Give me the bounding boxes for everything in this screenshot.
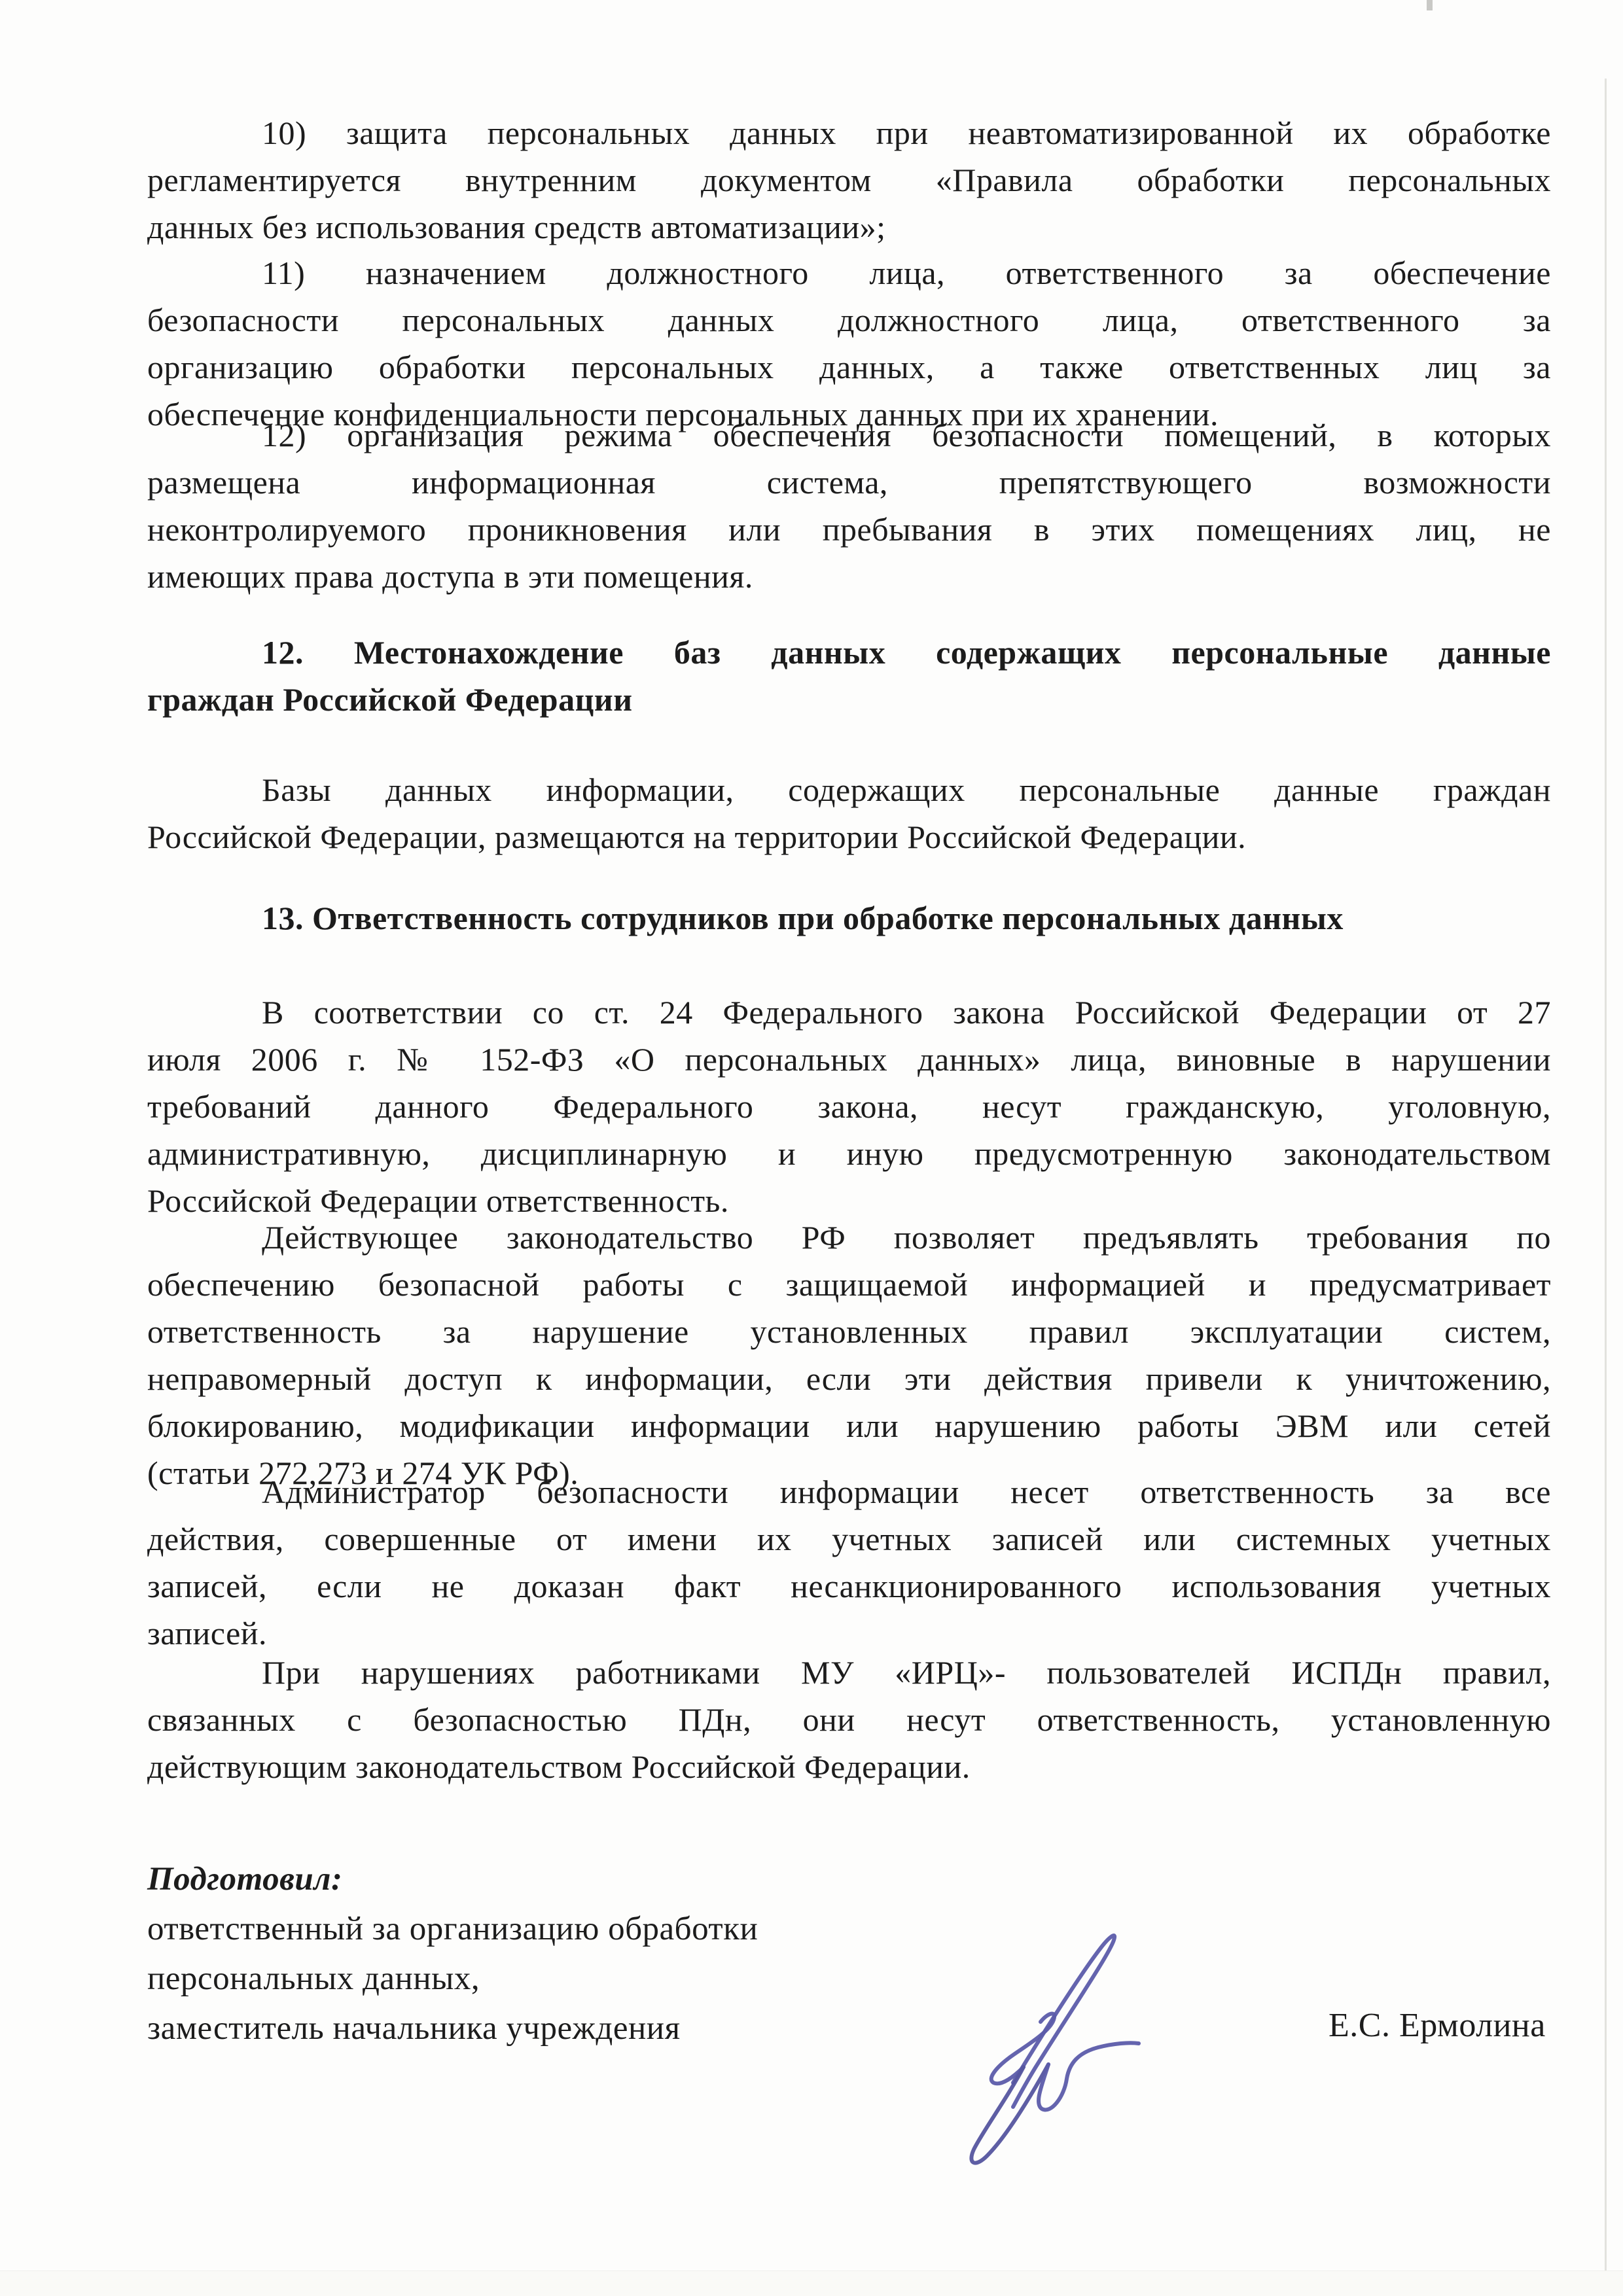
text-line: безопасности персональных данных должнос… [147, 296, 1551, 344]
text-line: блокированию, модификации информации или… [147, 1402, 1551, 1449]
text-line: Администратор безопасности информации не… [147, 1468, 1551, 1515]
scanned-document-page: 10) защита персональных данных при неавт… [0, 0, 1623, 2296]
text-line: требований данного Федерального закона, … [147, 1083, 1551, 1130]
text-line: 11) назначением должностного лица, ответ… [147, 249, 1551, 296]
text-line: При нарушениях работниками МУ «ИРЦ»- пол… [147, 1649, 1551, 1696]
text-line: 12) организация режима обеспечения безоп… [147, 412, 1551, 459]
text-line: Действующее законодательство РФ позволяе… [147, 1214, 1551, 1261]
text-line: связанных с безопасностью ПДн, они несут… [147, 1696, 1551, 1743]
text-line: размещена информационная система, препят… [147, 459, 1551, 506]
prepared-by-label: Подготовил: [147, 1854, 867, 1904]
text-line: данных без использования средств автомат… [147, 203, 1551, 251]
text-line: Базы данных информации, содержащих персо… [147, 766, 1551, 813]
text-line: организацию обработки персональных данны… [147, 344, 1551, 391]
section-heading: 12. Местонахождение баз данных содержащи… [147, 629, 1551, 723]
text-line: 13. Ответственность сотрудников при обра… [147, 894, 1551, 942]
signatory-role-line: ответственный за организацию обработки [147, 1904, 867, 1954]
text-line: ответственность за нарушение установленн… [147, 1308, 1551, 1355]
paragraph: Базы данных информации, содержащих персо… [147, 766, 1551, 860]
signatory-name: Е.С. Ермолина [1329, 2001, 1546, 2051]
paragraph: Действующее законодательство РФ позволяе… [147, 1214, 1551, 1496]
text-line: неконтролируемого проникновения или преб… [147, 506, 1551, 553]
scan-artifact-right-edge [1605, 79, 1607, 2296]
signatory-role-line: персональных данных, [147, 1954, 867, 2004]
scan-artifact-top-tick [1427, 0, 1433, 10]
section-heading: 13. Ответственность сотрудников при обра… [147, 894, 1551, 942]
scan-artifact-bottom-band [0, 2270, 1623, 2296]
text-line: действующим законодательством Российской… [147, 1743, 1551, 1790]
paragraph: Администратор безопасности информации не… [147, 1468, 1551, 1657]
text-line: записей, если не доказан факт несанкцион… [147, 1563, 1551, 1610]
text-line: имеющих права доступа в эти помещения. [147, 553, 1551, 600]
paragraph: 11) назначением должностного лица, ответ… [147, 249, 1551, 438]
text-line: июля 2006 г. № 152-ФЗ «О персональных да… [147, 1036, 1551, 1083]
paragraph: В соответствии со ст. 24 Федерального за… [147, 989, 1551, 1224]
paragraph: При нарушениях работниками МУ «ИРЦ»- пол… [147, 1649, 1551, 1790]
text-line: 10) защита персональных данных при неавт… [147, 109, 1551, 156]
handwritten-signature-icon [936, 1907, 1152, 2169]
signatory-role-line: заместитель начальника учреждения [147, 2004, 867, 2053]
text-line: граждан Российской Федерации [147, 676, 1551, 723]
text-line: действия, совершенные от имени их учетны… [147, 1515, 1551, 1563]
text-line: 12. Местонахождение баз данных содержащи… [147, 629, 1551, 676]
text-line: В соответствии со ст. 24 Федерального за… [147, 989, 1551, 1036]
text-line: обеспечению безопасной работы с защищаем… [147, 1261, 1551, 1308]
signature-block: Подготовил: ответственный за организацию… [147, 1854, 867, 2053]
text-line: неправомерный доступ к информации, если … [147, 1355, 1551, 1402]
paragraph: 10) защита персональных данных при неавт… [147, 109, 1551, 251]
paragraph: 12) организация режима обеспечения безоп… [147, 412, 1551, 600]
text-line: регламентируется внутренним документом «… [147, 156, 1551, 203]
text-line: Российской Федерации, размещаются на тер… [147, 813, 1551, 860]
text-line: административную, дисциплинарную и иную … [147, 1130, 1551, 1177]
